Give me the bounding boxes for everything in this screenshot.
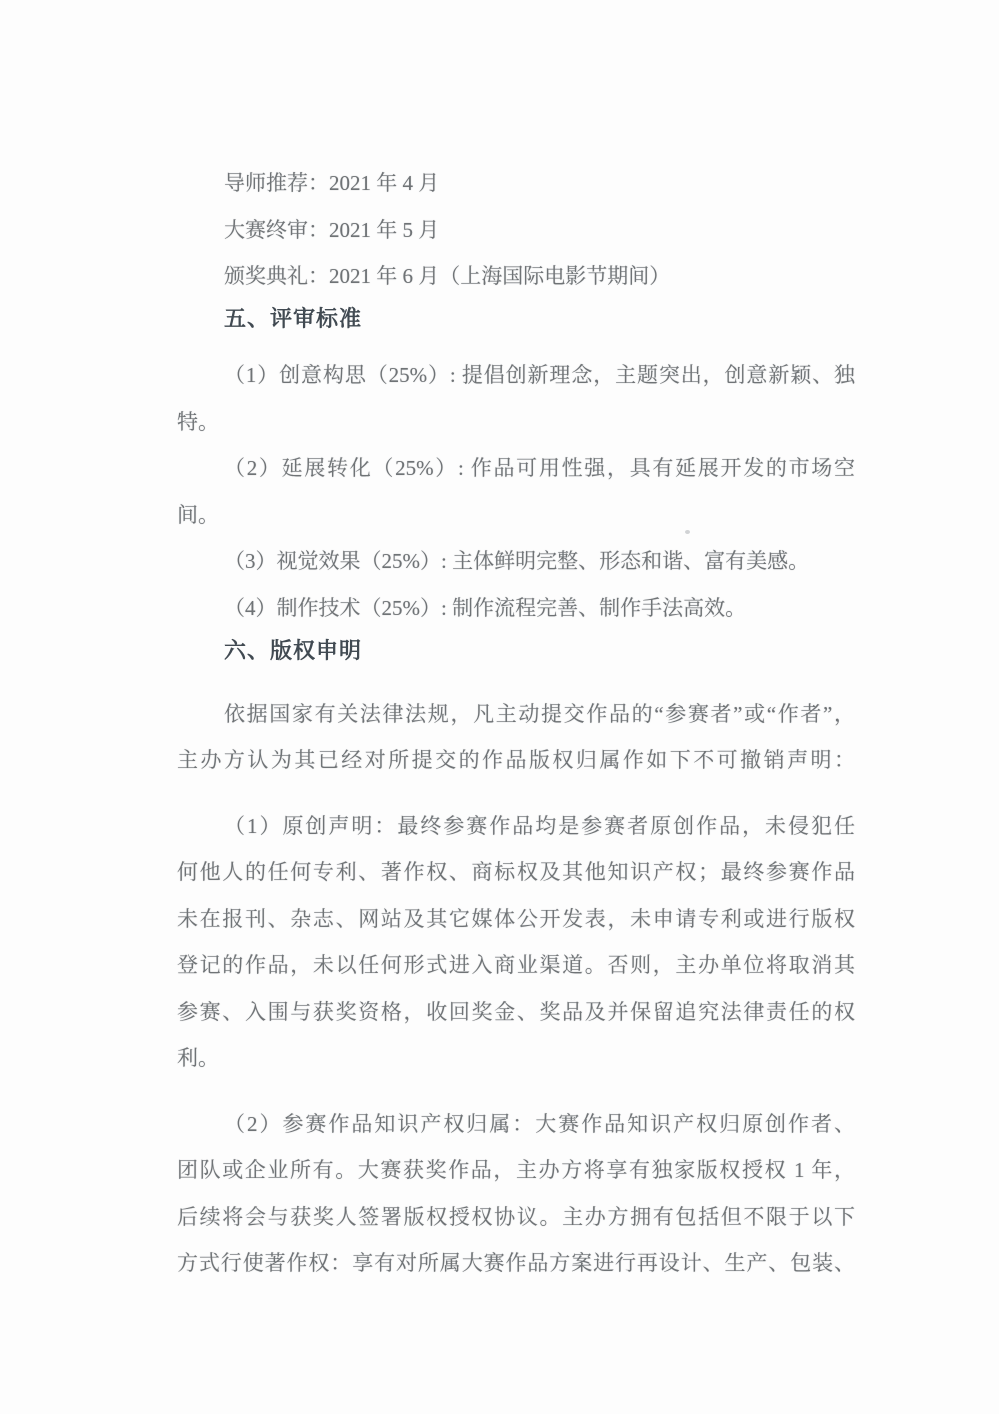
clause-line: 利。 xyxy=(177,1035,855,1082)
clause-line: （1）原创声明：最终参赛作品均是参赛者原创作品，未侵犯任 xyxy=(177,803,855,850)
criterion-item: （4）制作技术（25%）: 制作流程完善、制作手法高效。 xyxy=(177,585,855,632)
criterion-line: （4）制作技术（25%）: 制作流程完善、制作手法高效。 xyxy=(177,585,855,632)
scan-artifact xyxy=(685,530,690,534)
document-body: 导师推荐：2021 年 4 月 大赛终审：2021 年 5 月 颁奖典礼：202… xyxy=(177,160,855,1287)
schedule-line: 颁奖典礼：2021 年 6 月（上海国际电影节期间） xyxy=(177,253,855,300)
clause-line: 参赛、入围与获奖资格，收回奖金、奖品及并保留追究法律责任的权 xyxy=(177,989,855,1036)
criterion-item: （2）延展转化（25%）: 作品可用性强，具有延展开发的市场空 间。 xyxy=(177,445,855,538)
criterion-line: 特。 xyxy=(177,399,855,446)
review-criteria-heading: 五、评审标准 xyxy=(177,296,855,343)
criterion-line: （2）延展转化（25%）: 作品可用性强，具有延展开发的市场空 xyxy=(177,445,855,492)
copyright-heading: 六、版权申明 xyxy=(177,628,855,675)
schedule-line: 大赛终审：2021 年 5 月 xyxy=(177,207,855,254)
criterion-item: （3）视觉效果（25%）: 主体鲜明完整、形态和谐、富有美感。 xyxy=(177,538,855,585)
criterion-line: （1）创意构思（25%）: 提倡创新理念，主题突出，创意新颖、独 xyxy=(177,352,855,399)
clause-line: 方式行使著作权：享有对所属大赛作品方案进行再设计、生产、包装、 xyxy=(177,1240,855,1287)
schedule-line: 导师推荐：2021 年 4 月 xyxy=(177,160,855,207)
clause-line: 后续将会与获奖人签署版权授权协议。主办方拥有包括但不限于以下 xyxy=(177,1194,855,1241)
ip-ownership-clause-paragraph: （2）参赛作品知识产权归属：大赛作品知识产权归原创作者、 团队或企业所有。大赛获… xyxy=(177,1101,855,1287)
document-page: 导师推荐：2021 年 4 月 大赛终审：2021 年 5 月 颁奖典礼：202… xyxy=(0,0,999,1414)
originality-clause-paragraph: （1）原创声明：最终参赛作品均是参赛者原创作品，未侵犯任 何他人的任何专利、著作… xyxy=(177,803,855,1082)
clause-line: 团队或企业所有。大赛获奖作品，主办方将享有独家版权授权 1 年， xyxy=(177,1147,855,1194)
copyright-intro-line: 主办方认为其已经对所提交的作品版权归属作如下不可撤销声明： xyxy=(177,737,855,784)
criterion-line: 间。 xyxy=(177,492,855,539)
clause-line: 登记的作品，未以任何形式进入商业渠道。否则，主办单位将取消其 xyxy=(177,942,855,989)
criterion-item: （1）创意构思（25%）: 提倡创新理念，主题突出，创意新颖、独 特。 xyxy=(177,352,855,445)
schedule-block: 导师推荐：2021 年 4 月 大赛终审：2021 年 5 月 颁奖典礼：202… xyxy=(177,160,855,300)
copyright-intro-paragraph: 依据国家有关法律法规，凡主动提交作品的“参赛者”或“作者”， 主办方认为其已经对… xyxy=(177,691,855,784)
clause-line: 未在报刊、杂志、网站及其它媒体公开发表，未申请专利或进行版权 xyxy=(177,896,855,943)
clause-line: （2）参赛作品知识产权归属：大赛作品知识产权归原创作者、 xyxy=(177,1101,855,1148)
copyright-intro-line: 依据国家有关法律法规，凡主动提交作品的“参赛者”或“作者”， xyxy=(177,691,855,738)
clause-line: 何他人的任何专利、著作权、商标权及其他知识产权；最终参赛作品 xyxy=(177,849,855,896)
criterion-line: （3）视觉效果（25%）: 主体鲜明完整、形态和谐、富有美感。 xyxy=(177,538,855,585)
